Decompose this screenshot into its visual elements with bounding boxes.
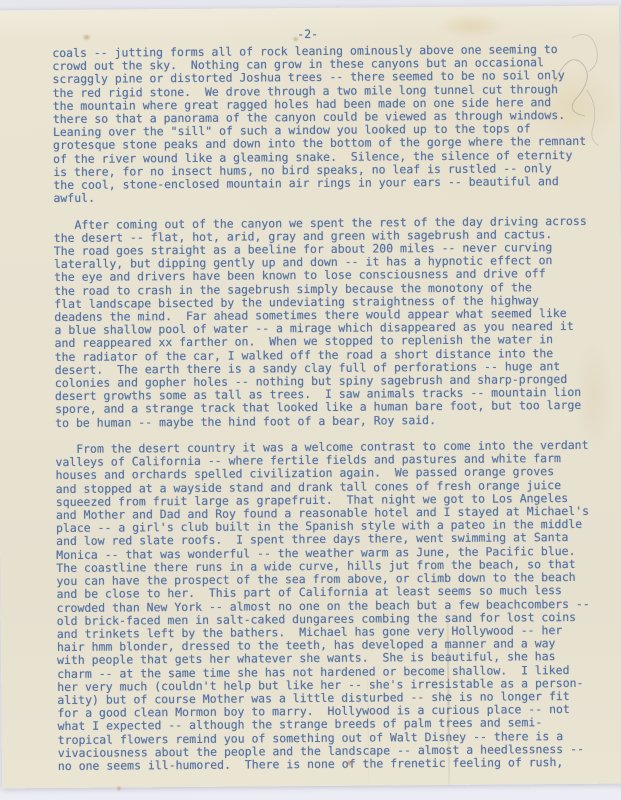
paragraph: After coming out of the canyon we spent … — [54, 214, 606, 430]
paragraph: coals -- jutting forms all of rock leani… — [52, 43, 603, 206]
text-line: to be human -- maybe the hind foot of a … — [55, 412, 605, 430]
letter-body: coals -- jutting forms all of rock leani… — [52, 43, 608, 773]
paragraph: From the desert country it was a welcome… — [55, 439, 608, 773]
text-line: no one seems ill-humored. There is none … — [58, 756, 608, 774]
scan-background: -2- coals -- jutting forms all of rock l… — [0, 0, 621, 800]
paper-stain — [116, 785, 122, 791]
page-number: -2- — [0, 25, 619, 44]
letter-page: -2- coals -- jutting forms all of rock l… — [0, 6, 621, 789]
